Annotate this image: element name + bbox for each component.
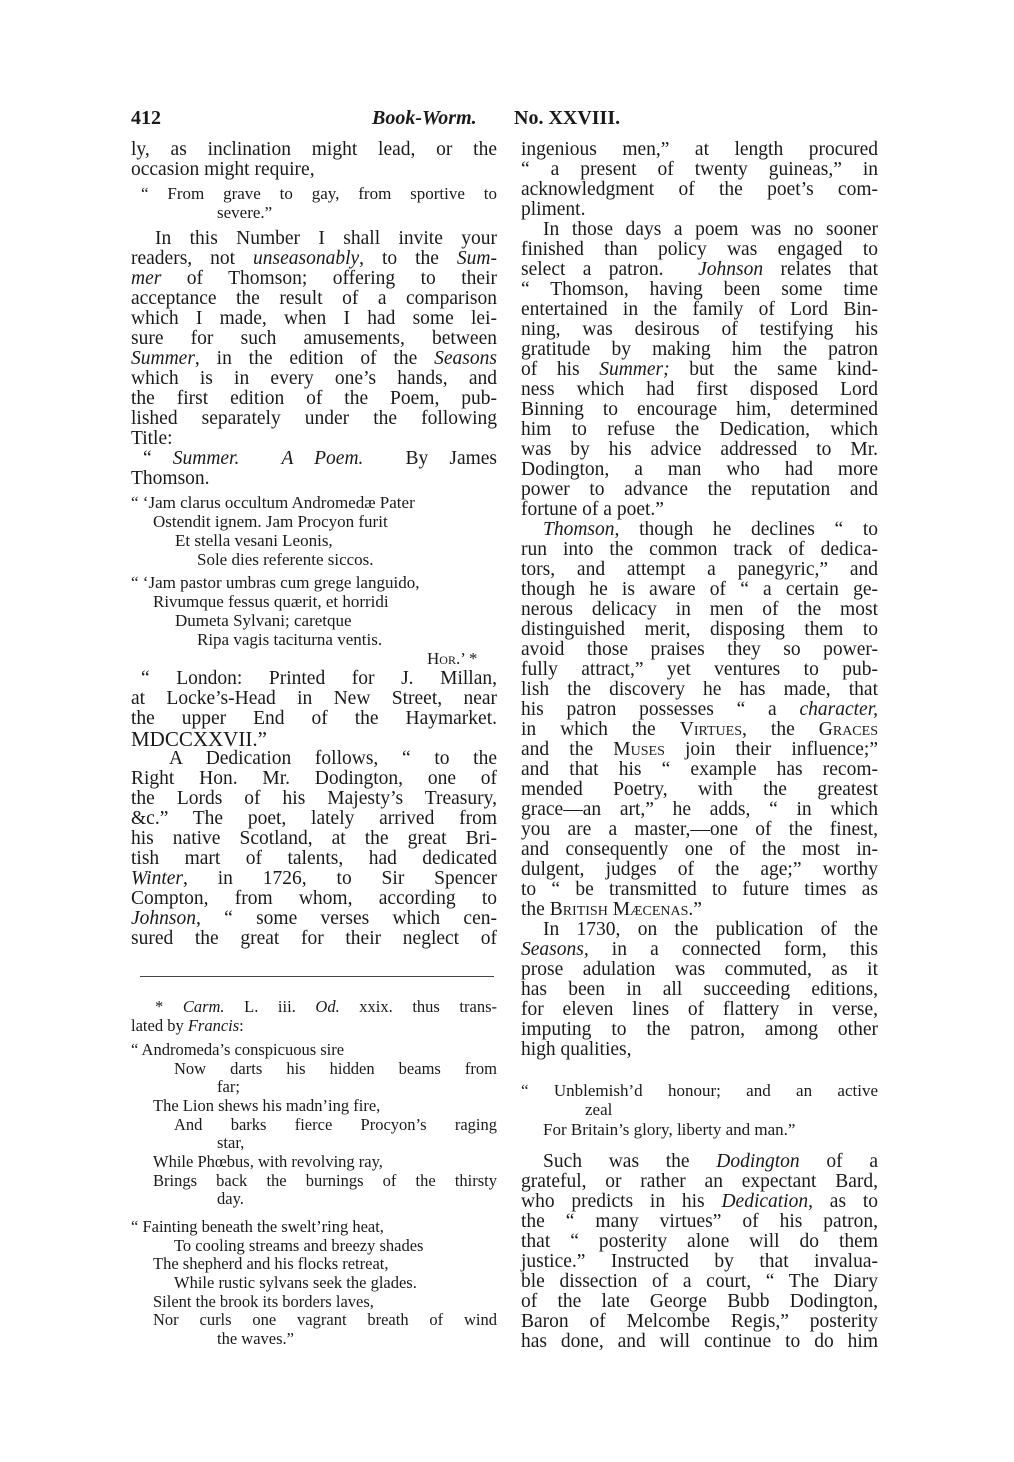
text-line: at Locke’s-Head in New Street, near <box>131 689 497 709</box>
translation-line: While Phœbus, with revolving ray, <box>153 1152 383 1172</box>
text-line: occasion might require, <box>131 160 315 180</box>
text-line: for eleven lines of flattery in verse, <box>521 1000 878 1020</box>
text-line: the upper End of the Haymarket. <box>131 709 497 729</box>
text-line: which is in every one’s hands, and <box>131 369 497 389</box>
footnote-line: lated by Francis: <box>131 1016 244 1036</box>
text-line: MDCCXXVII.” <box>131 729 267 749</box>
text-line: Thomson, though he declines “ to <box>543 520 878 540</box>
verse-line: zeal <box>585 1100 612 1120</box>
text-line: though he is aware of “ a certain ge- <box>521 580 878 600</box>
emphasis: Carm. <box>183 997 225 1016</box>
text-line: ness which had first disposed Lord <box>521 380 878 400</box>
latin-verse-line: Sole dies referente siccos. <box>197 550 374 570</box>
latin-verse-line: Rivumque fessus quærit, et horridi <box>153 592 389 612</box>
text-line: who predicts in his Dedication, as to <box>521 1192 878 1212</box>
small-caps: Virtues, <box>680 719 747 740</box>
text-line: sured the great for their neglect of <box>131 929 497 949</box>
small-caps: Graces <box>819 719 878 740</box>
translation-line: the waves.” <box>217 1329 294 1349</box>
translation-line: Now darts his hidden beams from <box>174 1059 497 1079</box>
text-line: ning, was desirous of testifying his <box>521 320 878 340</box>
text-line: ly, as inclination might lead, or the <box>131 140 497 160</box>
latin-verse-line: Ripa vagis taciturna ventis. <box>197 630 382 650</box>
text-line: the “ many virtues” of his patron, <box>521 1212 878 1232</box>
text-line: was by his advice addressed to Mr. <box>521 440 878 460</box>
text-line: and consequently one of the most in- <box>521 840 878 860</box>
emphasis: Seasons, <box>521 939 589 960</box>
text-line: In this Number I shall invite your <box>155 229 497 249</box>
text-line: fully attract,” yet ventures to pub- <box>521 660 878 680</box>
text-line: Right Hon. Mr. Dodington, one of <box>131 769 497 789</box>
latin-verse-line: “ ‘Jam pastor umbras cum grege languido, <box>131 573 419 593</box>
quote-line: “ From grave to gay, from sportive to <box>141 184 497 204</box>
text-line: fortune of a poet.” <box>521 500 664 520</box>
verse-line: “ Unblemish’d honour; and an active <box>521 1081 878 1101</box>
text-line: his native Scotland, at the great Bri- <box>131 829 497 849</box>
text-line: tish mart of talents, had dedicated <box>131 849 497 869</box>
text-line: has done, and will continue to do him <box>521 1332 878 1352</box>
text: lated by <box>131 1016 188 1035</box>
text-line: the Lords of his Majesty’s Treasury, <box>131 789 497 809</box>
text-line: A Dedication follows, “ to the <box>169 749 497 769</box>
emphasis: Dedication, <box>721 1191 813 1212</box>
text-line: tors, and attempt a panegyric,” and <box>521 560 878 580</box>
text-line: Baron of Melcombe Regis,” posterity <box>521 1312 878 1332</box>
translation-line: The Lion shews his madn’ing fire, <box>153 1096 380 1116</box>
text-line: justice.” Instructed by that invalua- <box>521 1252 878 1272</box>
emphasis: Summer; <box>599 359 669 380</box>
text-line: that “ posterity alone will do them <box>521 1232 878 1252</box>
text-line: imputing to the patron, among other <box>521 1020 878 1040</box>
text-line: his patron possesses “ a character, <box>521 700 878 720</box>
text-line: run into the common track of dedica- <box>521 540 878 560</box>
text-line: &c.” The poet, lately arrived from <box>131 809 497 829</box>
emphasis: Sum- <box>457 248 497 269</box>
latin-verse-line: Ostendit ignem. Jam Procyon furit <box>153 512 388 532</box>
text-line: “ a present of twenty guineas,” in <box>521 160 878 180</box>
text: xxix. thus trans- <box>340 997 497 1016</box>
page-number: 412 <box>131 104 161 132</box>
attribution: Hor.’ * <box>427 649 477 669</box>
emphasis: Dodington <box>716 1151 799 1172</box>
text-line: high qualities, <box>521 1040 632 1060</box>
text-line: pliment. <box>521 200 585 220</box>
text-line: dulgent, judges of the age;” worthy <box>521 860 878 880</box>
text-line: gratitude by making him the patron <box>521 340 878 360</box>
translation-line: The shepherd and his flocks retreat, <box>153 1254 389 1274</box>
text-line: lished separately under the following <box>131 409 497 429</box>
text-line: in which the Virtues, the Graces <box>521 720 878 740</box>
text-line: Thomson. <box>131 469 210 489</box>
book-page: 412 Book-Worm. No. XXVIII. ly, as inclin… <box>0 0 1014 1462</box>
emphasis: Winter <box>131 868 183 889</box>
translation-line: star, <box>217 1133 244 1153</box>
text-line: In those days a poem was no sooner <box>543 220 878 240</box>
text-line: ingenious men,” at length procured <box>521 140 878 160</box>
text-line: you are a master,—one of the finest, <box>521 820 878 840</box>
text-line: grace—an art,” he adds, “ in which <box>521 800 878 820</box>
text-line: finished than policy was engaged to <box>521 240 878 260</box>
text-line: the British Mæcenas.” <box>521 900 702 920</box>
text-line: him to refuse the Dedication, which <box>521 420 878 440</box>
translation-line: While rustic sylvans seek the glades. <box>174 1273 417 1293</box>
text-line: Compton, from whom, according to <box>131 889 497 909</box>
translation-line: Nor curls one vagrant breath of wind <box>153 1310 497 1330</box>
text-line: acceptance the result of a comparison <box>131 289 497 309</box>
footnote-line: * Carm. L. iii. Od. xxix. thus trans- <box>155 997 497 1017</box>
text-line: sure for such amusements, between <box>131 329 497 349</box>
text-line: Summer, in the edition of the Seasons <box>131 349 497 369</box>
text-line: acknowledgment of the poet’s com- <box>521 180 878 200</box>
text-line: and the Muses join their influence;” <box>521 740 878 760</box>
text-line: Dodington, a man who had more <box>521 460 878 480</box>
text-line: In 1730, on the publication of the <box>543 920 878 940</box>
text-line: ble dissection of a court, “ The Diary <box>521 1272 878 1292</box>
latin-verse-line: Et stella vesani Leonis, <box>175 531 333 551</box>
small-caps: Muses <box>613 739 665 760</box>
translation-line: Silent the brook its borders laves, <box>153 1292 374 1312</box>
text-line: lish the discovery he has made, that <box>521 680 878 700</box>
text-line: and that his “ example has recom- <box>521 760 878 780</box>
text-line: prose adulation was commuted, as it <box>521 960 878 980</box>
text-line: which I made, when I had some lei- <box>131 309 497 329</box>
text-line: the first edition of the Poem, pub- <box>131 389 497 409</box>
running-title: Book-Worm. <box>372 104 477 132</box>
text-line: mer of Thomson; offering to their <box>131 269 497 289</box>
translation-line: far; <box>217 1077 240 1097</box>
footnote-marker: * <box>155 997 183 1016</box>
text-line: “ Thomson, having been some time <box>521 280 878 300</box>
text: L. iii. <box>225 997 316 1016</box>
translation-line: To cooling streams and breezy shades <box>174 1236 423 1256</box>
translation-line: “ Fainting beneath the swelt’ring heat, <box>131 1217 384 1237</box>
text-line: has been in all succeeding editions, <box>521 980 878 1000</box>
emphasis: Johnson <box>698 259 763 280</box>
issue-number: No. XXVIII. <box>514 104 620 132</box>
emphasis: character, <box>799 699 878 720</box>
text-line: “ London: Printed for J. Millan, <box>141 669 497 689</box>
text-line: power to advance the reputation and <box>521 480 878 500</box>
emphasis: Summer. <box>173 448 240 469</box>
footnote-divider <box>140 976 494 977</box>
translation-line: day. <box>217 1189 244 1209</box>
emphasis: Summer <box>131 348 195 369</box>
text-line: Johnson, “ some verses which cen- <box>131 909 497 929</box>
text-line: of his Summer; but the same kind- <box>521 360 878 380</box>
text-line: to “ be transmitted to future times as <box>521 880 878 900</box>
emphasis: Thomson, <box>543 519 619 540</box>
text-line: Winter, in 1726, to Sir Spencer <box>131 869 497 889</box>
emphasis: Johnson <box>131 908 196 929</box>
emphasis: Seasons <box>434 348 497 369</box>
verse-line: For Britain’s glory, liberty and man.” <box>543 1120 795 1140</box>
emphasis: Od. <box>315 997 339 1016</box>
emphasis: mer <box>131 268 161 289</box>
text-line: of the late George Bubb Dodington, <box>521 1292 878 1312</box>
latin-verse-line: Dumeta Sylvani; caretque <box>175 611 352 631</box>
text-line: distinguished merit, disposing them to <box>521 620 878 640</box>
text-line: mended Poetry, with the greatest <box>521 780 878 800</box>
text: : <box>239 1016 244 1035</box>
emphasis: A Poem. <box>282 448 364 469</box>
translation-line: And barks fierce Procyon’s raging <box>174 1115 497 1135</box>
text-line: readers, not unseasonably, to the Sum- <box>131 249 497 269</box>
text-line: Binning to encourage him, determined <box>521 400 878 420</box>
quote-line: severe.” <box>217 203 272 223</box>
translation-line: Brings back the burnings of the thirsty <box>153 1171 497 1191</box>
small-caps: British Mæcenas. <box>550 899 694 920</box>
text-line: entertained in the family of Lord Bin- <box>521 300 878 320</box>
text-line: select a patron. Johnson relates that <box>521 260 878 280</box>
text-line: grateful, or rather an expectant Bard, <box>521 1172 878 1192</box>
text-line: Title: <box>131 429 173 449</box>
text-line: avoid those praises they so power- <box>521 640 878 660</box>
text-line: Such was the Dodington of a <box>543 1152 878 1172</box>
title-line: “ Summer. A Poem. By James <box>143 449 497 469</box>
text-line: nerous delicacy in men of the most <box>521 600 878 620</box>
text-line: Seasons, in a connected form, this <box>521 940 878 960</box>
translation-line: “ Andromeda’s conspicuous sire <box>131 1040 344 1060</box>
emphasis: Francis <box>188 1016 239 1035</box>
emphasis: unseasonably <box>253 248 359 269</box>
latin-verse-line: “ ‘Jam clarus occultum Andromedæ Pater <box>131 493 415 513</box>
